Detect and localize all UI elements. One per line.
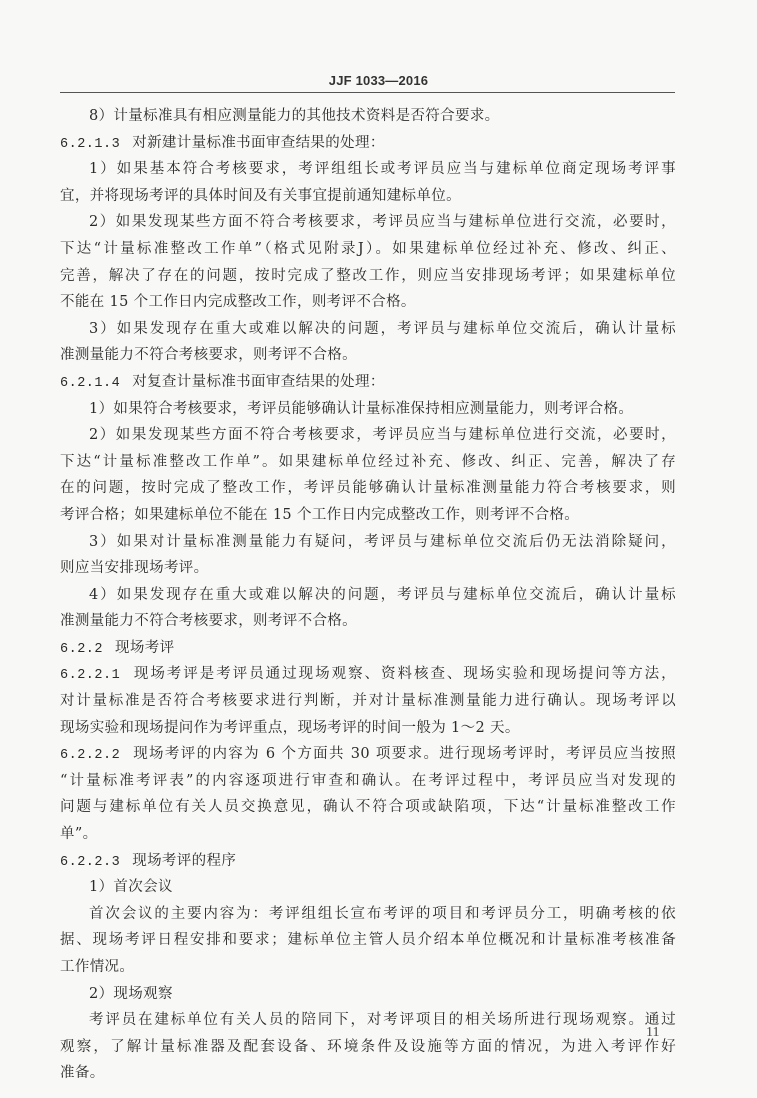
text-line: 1）如果符合考核要求，考评员能够确认计量标准保持相应测量能力，则考评合格。 [60,396,676,423]
text-line: 首次会议的主要内容为：考评组组长宣布考评的项目和考评员分工，明确考核的依 [60,901,676,928]
section-title: 对复查计量标准书面审查结果的处理： [132,374,384,390]
text-line: 1）首次会议 [60,874,676,901]
section-heading: 6.2.2.3现场考评的程序 [60,848,676,875]
text-line: 下达“计量标准整改工作单”（格式见附录J）。如果建标单位经过补充、修改、纠正、 [60,236,676,263]
text-line: 4）如果发现存在重大或难以解决的问题，考评员与建标单位交流后，确认计量标 [60,582,676,609]
text-line: 准备。 [60,1060,676,1087]
text-line: 工作情况。 [60,954,676,981]
section-number: 6.2.1.3 [60,137,120,152]
text-line: 问题与建标单位有关人员交换意见，确认不符合项或缺陷项，下达“计量标准整改工作 [60,794,676,821]
section-title: 现场考评的程序 [132,853,236,869]
text-line: 下达“计量标准整改工作单”。如果建标单位经过补充、修改、纠正、完善，解决了存 [60,449,676,476]
text-line: 则应当安排现场考评。 [60,555,676,582]
section-title: 现场考评是考评员通过现场观察、资料核查、现场实验和现场提问等方法， [132,666,676,682]
text-line: 不能在 15 个工作日内完成整改工作，则考评不合格。 [60,289,676,316]
text-line: 3）如果发现存在重大或难以解决的问题，考评员与建标单位交流后，确认计量标 [60,316,676,343]
section-number: 6.2.2.3 [60,855,120,870]
page-number: 11 [646,1025,659,1041]
text-line: 据、现场考评日程安排和要求；建标单位主管人员介绍本单位概况和计量标准考核准备 [60,927,676,954]
section-number: 6.2.2.2 [60,748,120,763]
document-header: JJF 1033—2016 [0,73,757,88]
section-heading: 6.2.2.2现场考评的内容为 6 个方面共 30 项要求。进行现场考评时，考评… [60,741,676,768]
text-line: 3）如果对计量标准测量能力有疑问，考评员与建标单位交流后仍无法消除疑问， [60,529,676,556]
text-line: 1）如果基本符合考核要求，考评组组长或考评员应当与建标单位商定现场考评事 [60,156,676,183]
text-line: 考评员在建标单位有关人员的陪同下，对考评项目的相关场所进行现场观察。通过 [60,1007,676,1034]
document-body: 8）计量标准具有相应测量能力的其他技术资料是否符合要求。6.2.1.3对新建计量… [60,103,676,1087]
text-line: 考评合格；如果建标单位不能在 15 个工作日内完成整改工作，则考评不合格。 [60,502,676,529]
text-line: 8）计量标准具有相应测量能力的其他技术资料是否符合要求。 [60,103,676,130]
text-line: 对计量标准是否符合考核要求进行判断，并对计量标准测量能力进行确认。现场考评以 [60,688,676,715]
text-line: 准测量能力不符合考核要求，则考评不合格。 [60,608,676,635]
section-number: 6.2.2.1 [60,668,120,683]
section-title: 对新建计量标准书面审查结果的处理： [132,135,384,151]
text-line: 准测量能力不符合考核要求，则考评不合格。 [60,342,676,369]
text-line: 在的问题，按时完成了整改工作，考评员能够确认计量标准测量能力符合考核要求，则 [60,475,676,502]
section-number: 6.2.2 [60,642,103,657]
document-page: JJF 1033—2016 8）计量标准具有相应测量能力的其他技术资料是否符合要… [0,0,757,1098]
section-heading: 6.2.2.1现场考评是考评员通过现场观察、资料核查、现场实验和现场提问等方法， [60,661,676,688]
text-line: 观察，了解计量标准器及配套设备、环境条件及设施等方面的情况，为进入考评作好 [60,1034,676,1061]
section-number: 6.2.1.4 [60,376,120,391]
text-line: 宜，并将现场考评的具体时间及有关事宜提前通知建标单位。 [60,183,676,210]
text-line: 完善，解决了存在的问题，按时完成了整改工作，则应当安排现场考评；如果建标单位 [60,263,676,290]
text-line: 单”。 [60,821,676,848]
section-heading: 6.2.1.3对新建计量标准书面审查结果的处理： [60,130,676,157]
section-heading: 6.2.2现场考评 [60,635,676,662]
text-line: 2）现场观察 [60,981,676,1008]
text-line: “计量标准考评表”的内容逐项进行审查和确认。在考评过程中，考评员应当对发现的 [60,768,676,795]
section-title: 现场考评的内容为 6 个方面共 30 项要求。进行现场考评时，考评员应当按照 [132,746,676,762]
text-line: 2）如果发现某些方面不符合考核要求，考评员应当与建标单位进行交流，必要时， [60,422,676,449]
text-line: 现场实验和现场提问作为考评重点，现场考评的时间一般为 1～2 天。 [60,715,676,742]
header-rule [60,92,675,93]
text-line: 2）如果发现某些方面不符合考核要求，考评员应当与建标单位进行交流，必要时， [60,209,676,236]
section-heading: 6.2.1.4对复查计量标准书面审查结果的处理： [60,369,676,396]
section-title: 现场考评 [115,640,174,656]
